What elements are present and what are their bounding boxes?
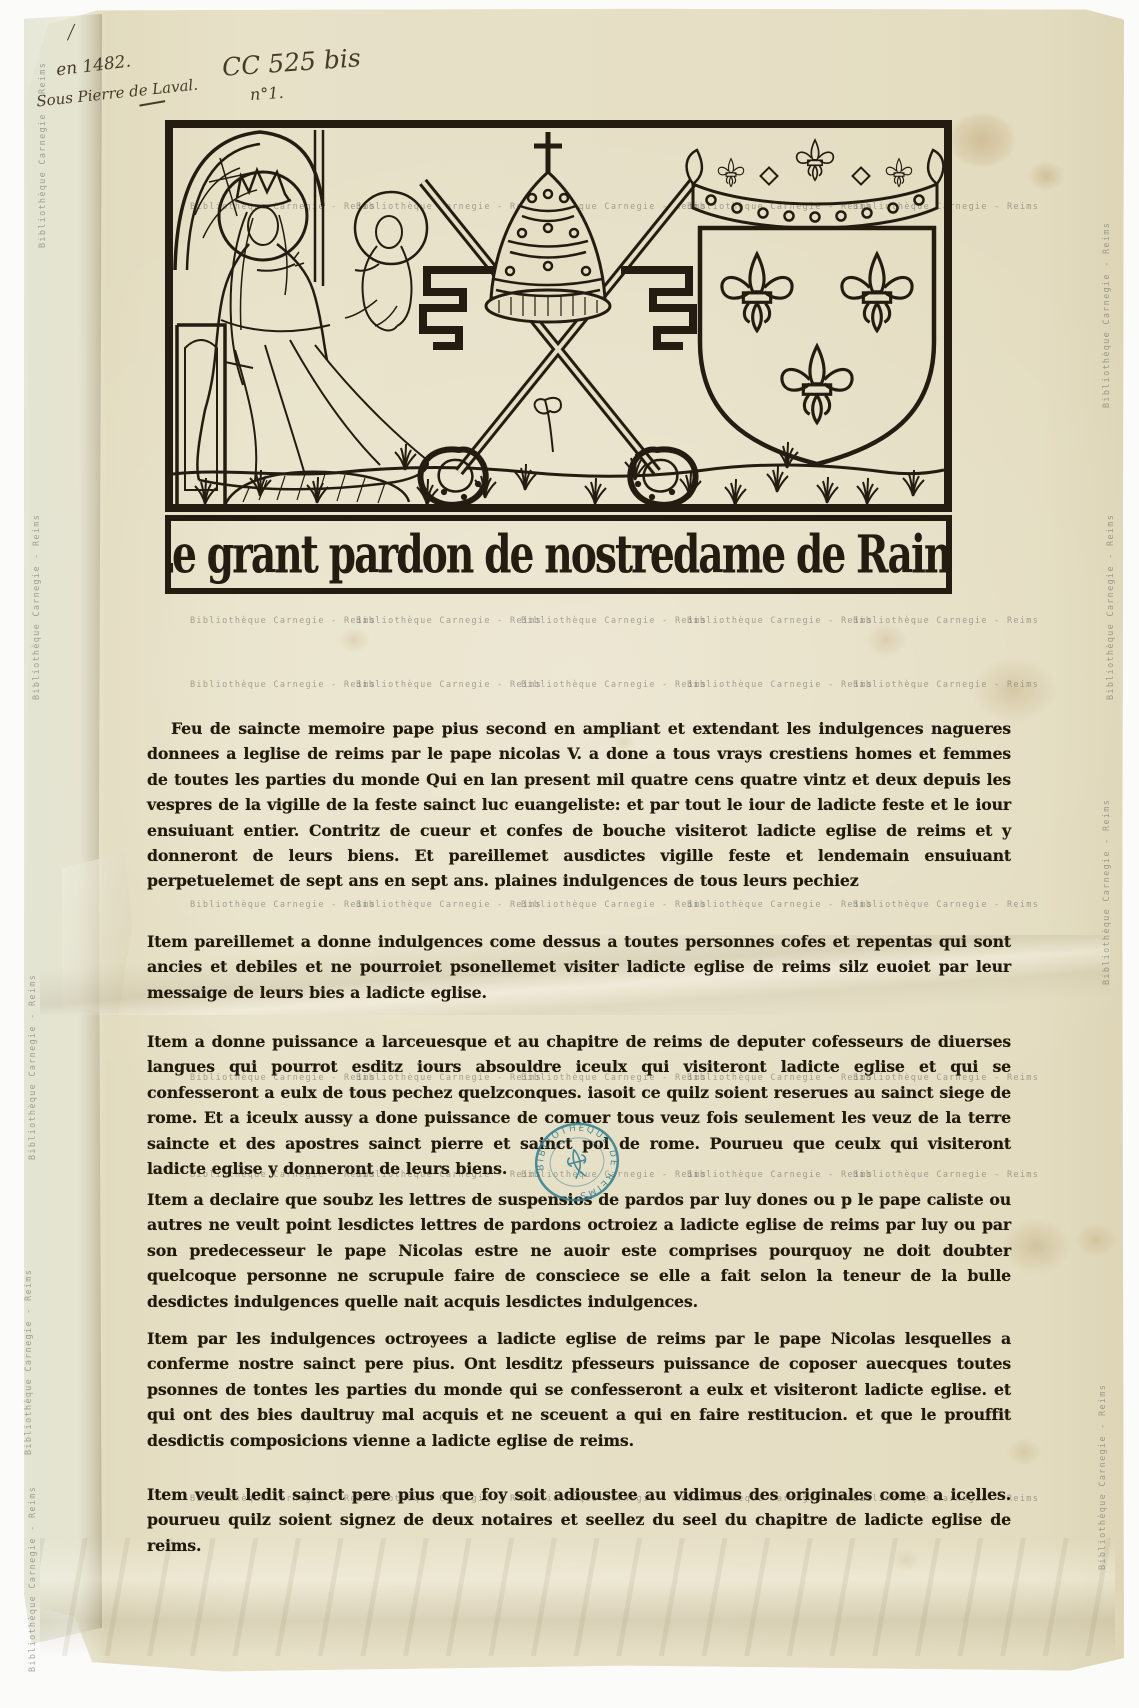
- title-text: Le grant pardon de nostredame de Rains: [165, 523, 952, 585]
- body-paragraph-2: Item pareillemet a donne indulgences com…: [147, 929, 1011, 1005]
- body-paragraph-1: Feu de saincte memoire pape pius second …: [147, 716, 1011, 894]
- handwritten-number: n°1.: [249, 83, 284, 104]
- papal-tiara-icon: [486, 132, 610, 452]
- body-paragraph-5: Item par les indulgences octroyees a lad…: [147, 1326, 1011, 1453]
- title-banner: Le grant pardon de nostredame de Rains: [165, 515, 952, 594]
- scan-page: Bibliothèque Carnegie - ReimsBibliothèqu…: [0, 0, 1139, 1708]
- woodcut-illustration: [165, 120, 952, 512]
- crowned-shield-icon: [687, 140, 944, 464]
- stamp-fleur-icon: [565, 1147, 589, 1179]
- virgin-and-child-icon: [175, 130, 428, 505]
- body-paragraph-6: Item veult ledit sainct pere pius que fo…: [147, 1482, 1011, 1558]
